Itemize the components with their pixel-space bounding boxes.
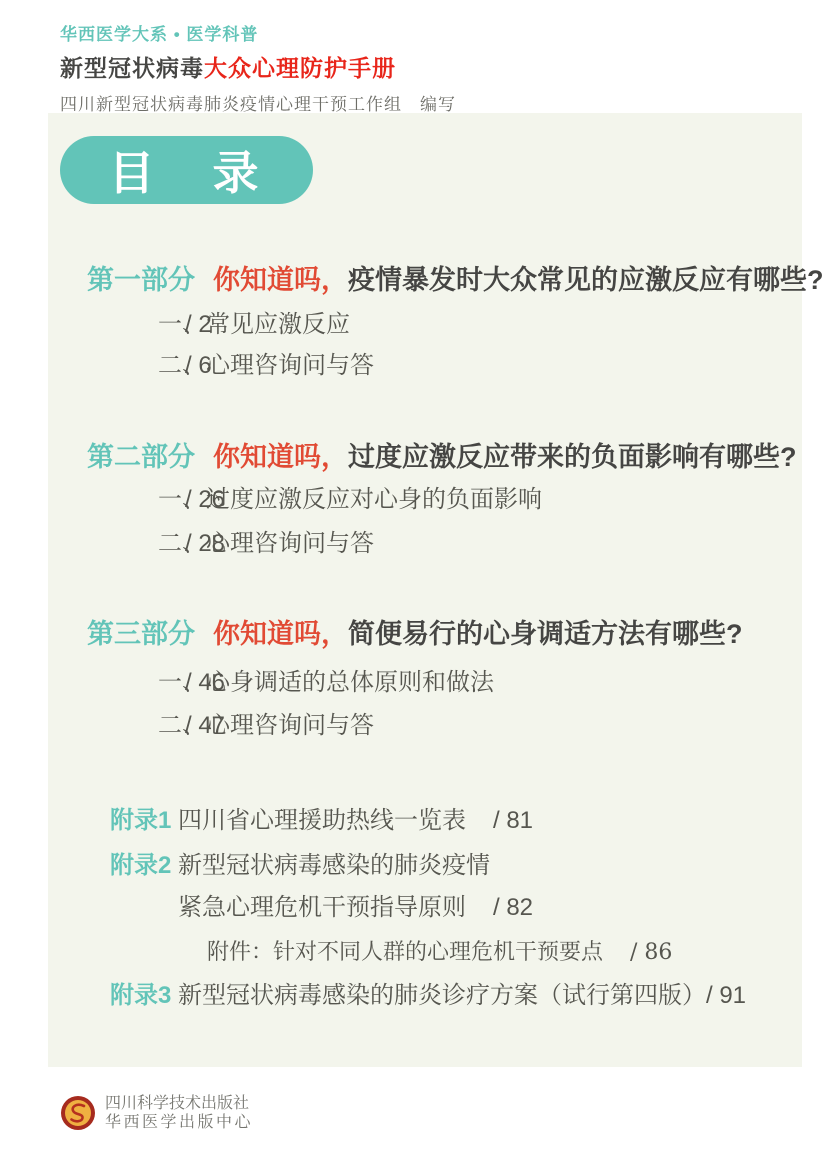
appendix-2-attachment-text: 附件：针对不同人群的心理危机干预要点	[207, 940, 603, 965]
publisher-line-2: 华西医学出版中心	[105, 1113, 253, 1132]
appendix-2-label: 附录2	[110, 851, 178, 881]
publisher-name: 四川科学技术出版社 华西医学出版中心	[105, 1094, 253, 1132]
toc-entry: 一、常见应激反应/ 2	[158, 310, 350, 340]
toc-entry-page: / 2	[185, 310, 350, 340]
section-heading-3: 第三部分你知道吗，简便易行的心身调适方法有哪些?	[87, 618, 743, 650]
book-title-main: 新型冠状病毒	[60, 55, 204, 81]
toc-entry: 一、过度应激反应对心身的负面影响/ 26	[158, 485, 542, 515]
toc-entry-page: / 47	[185, 711, 374, 741]
section-3-title: 简便易行的心身调适方法有哪些?	[348, 619, 743, 649]
appendix-2-row-continued: 紧急心理危机干预指导原则/ 82	[178, 893, 533, 923]
appendix-2-text-line1: 新型冠状病毒感染的肺炎疫情	[178, 852, 490, 879]
appendix-2-row: 附录2新型冠状病毒感染的肺炎疫情	[110, 851, 490, 881]
appendix-2-attachment-row: 附件：针对不同人群的心理危机干预要点/ 86	[207, 938, 672, 968]
toc-entry-page: / 26	[185, 485, 542, 515]
toc-panel: 目 录 第一部分你知道吗，疫情暴发时大众常见的应激反应有哪些? 一、常见应激反应…	[48, 113, 802, 1067]
appendix-1-row: 附录1四川省心理援助热线一览表/ 81	[110, 806, 533, 836]
section-1-title: 疫情暴发时大众常见的应激反应有哪些?	[348, 265, 824, 295]
toc-entry: 二、心理咨询问与答/ 28	[158, 529, 374, 559]
toc-entry-page: / 6	[185, 351, 374, 381]
toc-banner: 目 录	[60, 136, 313, 204]
appendix-1-text: 四川省心理援助热线一览表	[178, 807, 466, 834]
section-2-lead: 你知道吗，	[213, 442, 348, 472]
appendix-1-page: / 81	[493, 807, 533, 834]
series-title: 华西医学大系 • 医学科普	[60, 20, 456, 45]
appendix-2-text-line2: 紧急心理危机干预指导原则	[178, 894, 466, 921]
appendix-3-note: （试行第四版）	[538, 981, 706, 1009]
toc-entry: 二、心理咨询问与答/ 6	[158, 351, 374, 381]
appendix-3-text: 新型冠状病毒感染的肺炎诊疗方案	[178, 982, 538, 1009]
section-1-label: 第一部分	[87, 265, 195, 295]
toc-banner-label: 目 录	[109, 137, 265, 203]
byline: 四川新型冠状病毒肺炎疫情心理干预工作组 编写	[60, 90, 456, 115]
page: 华西医学大系 • 医学科普 新型冠状病毒大众心理防护手册 四川新型冠状病毒肺炎疫…	[0, 0, 839, 1162]
publisher-logo-icon	[60, 1095, 96, 1131]
section-heading-1: 第一部分你知道吗，疫情暴发时大众常见的应激反应有哪些?	[87, 264, 824, 296]
section-2-label: 第二部分	[87, 442, 195, 472]
appendix-3-label: 附录3	[110, 981, 178, 1011]
section-heading-2: 第二部分你知道吗，过度应激反应带来的负面影响有哪些?	[87, 441, 797, 473]
toc-entry-page: / 28	[185, 529, 374, 559]
section-3-lead: 你知道吗，	[213, 619, 348, 649]
appendix-3-page: / 91	[706, 982, 746, 1009]
appendix-2-page: / 82	[493, 894, 533, 921]
toc-entry: 二、心理咨询问与答/ 47	[158, 711, 374, 741]
appendix-1-label: 附录1	[110, 806, 178, 836]
publisher-block: 四川科学技术出版社 华西医学出版中心	[60, 1094, 253, 1132]
page-header: 华西医学大系 • 医学科普 新型冠状病毒大众心理防护手册 四川新型冠状病毒肺炎疫…	[60, 20, 456, 115]
publisher-line-1: 四川科学技术出版社	[105, 1094, 253, 1113]
appendix-2-attachment-page: / 86	[630, 940, 672, 965]
toc-entry-page: / 46	[185, 668, 494, 698]
toc-entry: 一、心身调适的总体原则和做法/ 46	[158, 668, 494, 698]
book-title-sub: 大众心理防护手册	[204, 55, 396, 81]
section-1-lead: 你知道吗，	[213, 265, 348, 295]
appendix-3-row: 附录3新型冠状病毒感染的肺炎诊疗方案（试行第四版）/ 91	[110, 980, 746, 1011]
book-title: 新型冠状病毒大众心理防护手册	[60, 50, 456, 83]
section-2-title: 过度应激反应带来的负面影响有哪些?	[348, 442, 797, 472]
section-3-label: 第三部分	[87, 619, 195, 649]
